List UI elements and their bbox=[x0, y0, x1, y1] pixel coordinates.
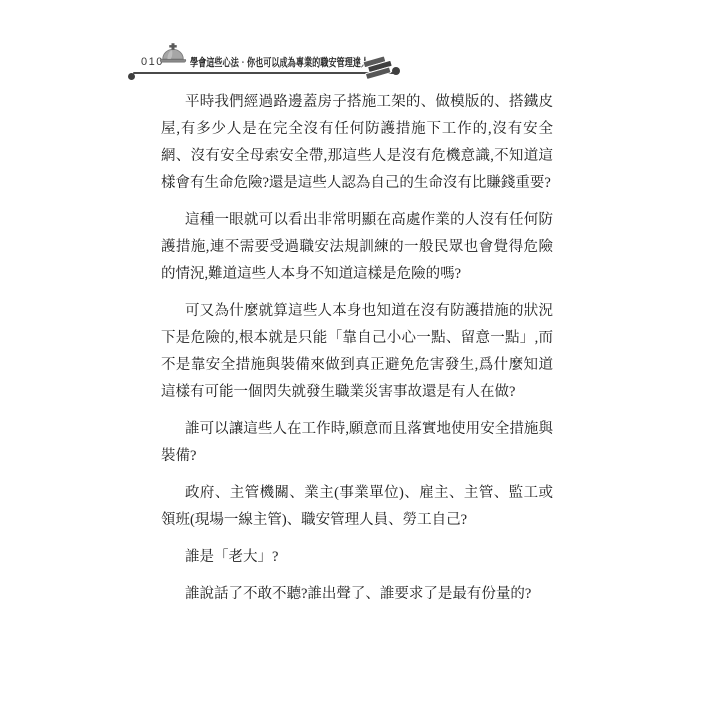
brick-stack-icon bbox=[360, 52, 396, 82]
book-page: 010 學會這些心法‧你也可以成為專業的職安管理達人 平時我們經過路邊蓋房子搭施… bbox=[0, 0, 705, 705]
paragraph: 這種一眼就可以看出非常明顯在高處作業的人沒有任何防護措施,連不需要受過職安法規訓… bbox=[161, 207, 553, 288]
paragraph: 誰是「老大」? bbox=[161, 544, 553, 571]
paragraph: 誰可以讓這些人在工作時,願意而且落實地使用安全措施與裝備? bbox=[161, 416, 553, 470]
hard-hat-icon bbox=[159, 42, 187, 65]
header-rule bbox=[133, 72, 397, 74]
body-text: 平時我們經過路邊蓋房子搭施工架的、做模版的、搭鐵皮屋,有多少人是在完全沒有任何防… bbox=[161, 89, 553, 618]
paragraph: 誰說話了不敢不聽?誰出聲了、誰要求了是最有份量的? bbox=[161, 581, 553, 608]
paragraph: 可又為什麼就算這些人本身也知道在沒有防護措施的狀況下是危險的,根本就是只能「靠自… bbox=[161, 298, 553, 406]
header-right-dot bbox=[392, 67, 400, 75]
paragraph: 平時我們經過路邊蓋房子搭施工架的、做模版的、搭鐵皮屋,有多少人是在完全沒有任何防… bbox=[161, 89, 553, 197]
header-left-dot bbox=[128, 73, 135, 80]
chapter-title: 學會這些心法‧你也可以成為專業的職安管理達人 bbox=[190, 54, 369, 70]
paragraph: 政府、主管機關、業主(事業單位)、雇主、主管、監工或領班(現場一線主管)、職安管… bbox=[161, 480, 553, 534]
